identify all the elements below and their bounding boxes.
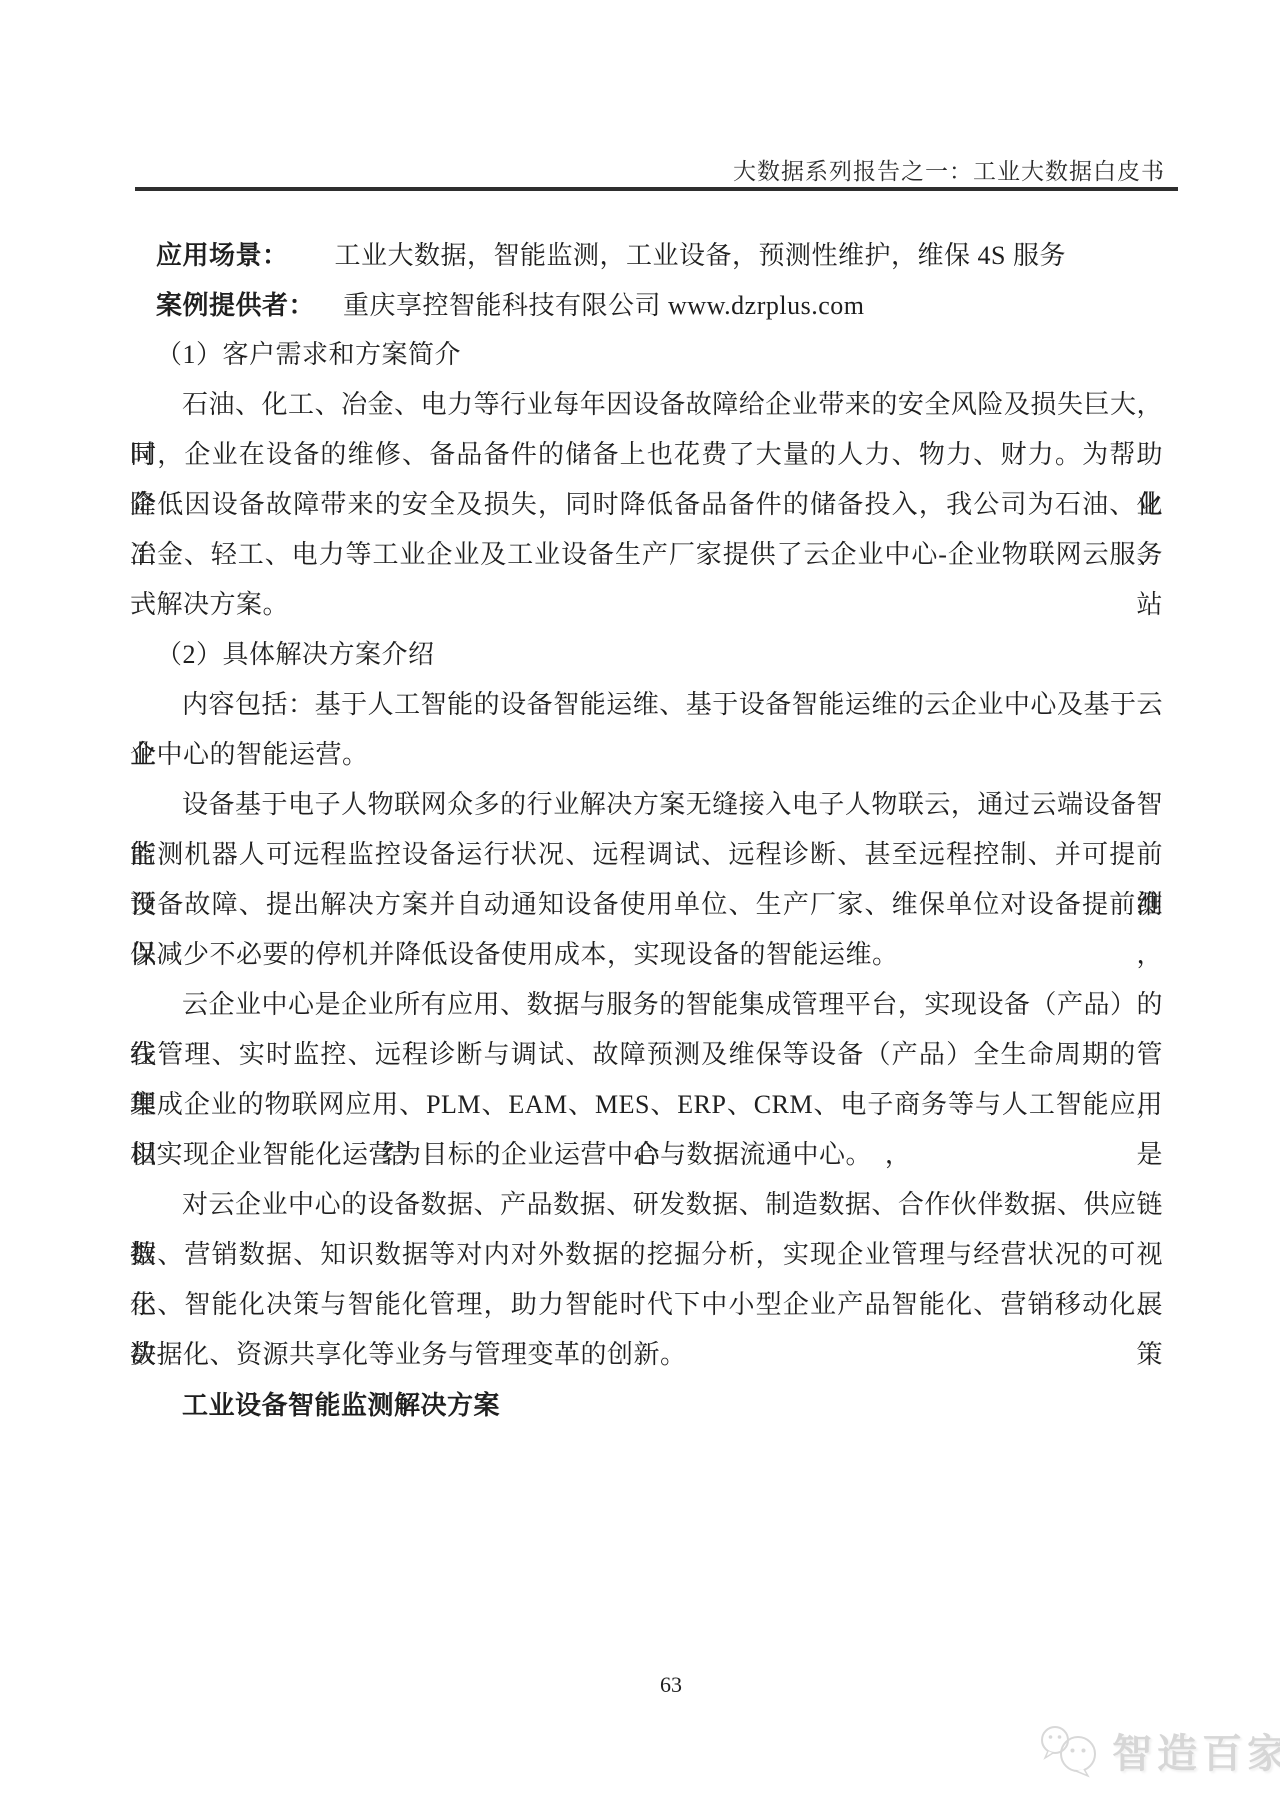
body-line: 降低因设备故障带来的安全及损失，同时降低备品备件的储备投入，我公司为石油、化工、 bbox=[130, 480, 1163, 530]
body-line: 工业设备智能监测解决方案 bbox=[130, 1380, 1163, 1430]
body-line: （1）客户需求和方案简介 bbox=[130, 330, 1163, 380]
document-body: 应用场景：工业大数据，智能监测，工业设备，预测性维护，维保 4S 服务 案例提供… bbox=[130, 230, 1163, 1430]
body-line: 集成企业的物联网应用、PLM、EAM、MES、ERP、CRM、电子商务等与人工智… bbox=[130, 1080, 1163, 1130]
body-line: 冶金、轻工、电力等工业企业及工业设备生产厂家提供了云企业中心-企业物联网云服务一… bbox=[130, 530, 1163, 580]
watermark-text: 智造百家 bbox=[1112, 1722, 1280, 1779]
body-line: 内容包括：基于人工智能的设备智能运维、基于设备智能运维的云企业中心及基于云企 bbox=[130, 680, 1163, 730]
field-value: 工业大数据，智能监测，工业设备，预测性维护，维保 4S 服务 bbox=[335, 241, 1066, 270]
watermark: 智造百家 bbox=[1038, 1722, 1280, 1779]
document-page: 大数据系列报告之一：工业大数据白皮书 应用场景：工业大数据，智能监测，工业设备，… bbox=[0, 0, 1280, 1809]
body-line: 时，企业在设备的维修、备品备件的储备上也花费了大量的人力、物力、财力。为帮助企业 bbox=[130, 430, 1163, 480]
header-title: 大数据系列报告之一：工业大数据白皮书 bbox=[733, 153, 1165, 186]
body-line: 据、营销数据、知识数据等对内对外数据的挖掘分析，实现企业管理与经营状况的可视化展 bbox=[130, 1230, 1163, 1280]
page-number: 63 bbox=[660, 1672, 682, 1698]
field-label: 案例提供者： bbox=[156, 290, 315, 320]
body-line: 设备基于电子人物联网众多的行业解决方案无缝接入电子人物联云，通过云端设备智能 bbox=[130, 780, 1163, 830]
field-row: 应用场景：工业大数据，智能监测，工业设备，预测性维护，维保 4S 服务 bbox=[130, 230, 1163, 280]
body-line: 对云企业中心的设备数据、产品数据、研发数据、制造数据、合作伙伴数据、供应链数 bbox=[130, 1180, 1163, 1230]
body-line: 业中心的智能运营。 bbox=[130, 730, 1163, 780]
field-row: 案例提供者：重庆享控智能科技有限公司 www.dzrplus.com bbox=[130, 280, 1163, 330]
body-line: 石油、化工、冶金、电力等行业每年因设备故障给企业带来的安全风险及损失巨大，同 bbox=[130, 380, 1163, 430]
field-label: 应用场景： bbox=[156, 240, 289, 270]
body-line: 示、智能化决策与智能化管理，助力智能时代下中小型企业产品智能化、营销移动化、决策 bbox=[130, 1280, 1163, 1330]
body-line: 监测机器人可远程监控设备运行状况、远程调试、远程诊断、甚至远程控制、并可提前预测 bbox=[130, 830, 1163, 880]
wechat-chat-bubbles-icon bbox=[1038, 1724, 1102, 1778]
body-line: 云企业中心是企业所有应用、数据与服务的智能集成管理平台，实现设备（产品）的在 bbox=[130, 980, 1163, 1030]
field-value: 重庆享控智能科技有限公司 www.dzrplus.com bbox=[343, 291, 864, 320]
body-line: 设备故障、提出解决方案并自动通知设备使用单位、生产厂家、维保单位对设备提前维保， bbox=[130, 880, 1163, 930]
body-line: （2）具体解决方案介绍 bbox=[130, 630, 1163, 680]
header-rule bbox=[135, 187, 1178, 191]
body-line: 线管理、实时监控、远程诊断与调试、故障预测及维保等设备（产品）全生命周期的管理， bbox=[130, 1030, 1163, 1080]
